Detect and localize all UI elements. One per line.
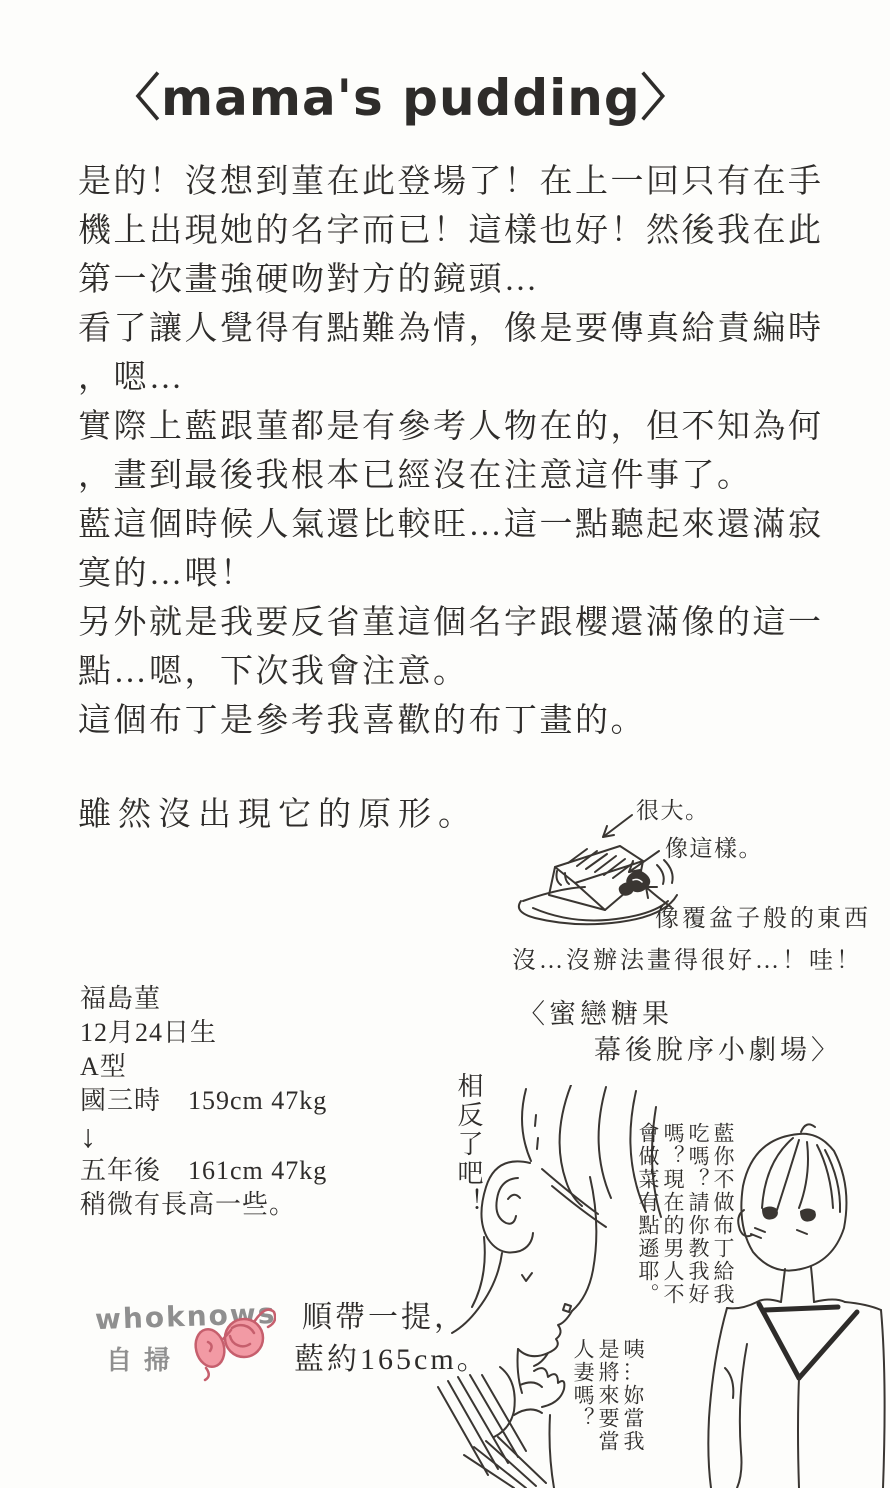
pudding-note-apology: 沒…沒辦法畫得很好…！哇！	[512, 940, 863, 975]
main-text-line: ，嗯…	[78, 354, 824, 403]
dialogue-column: 咦…妳當我	[620, 1338, 645, 1488]
profile-name: 福島菫	[80, 982, 327, 1016]
main-text-line: 機上出現她的名字而已！這樣也好！然後我在此	[78, 207, 824, 256]
eye	[800, 1209, 816, 1222]
character-profile: 福島菫 12月24日生 A型 國三時 159cm 47kg ↓ 五年後 161c…	[80, 982, 327, 1222]
aside-note-line1: 順帶一提，	[302, 1292, 467, 1336]
main-text-line: 點…嗯，下次我會注意。	[78, 648, 824, 697]
pudding-note-like-this: 像這樣。	[665, 830, 763, 863]
pudding-note-size: 很大。	[636, 792, 710, 825]
dialogue-column: 人妻嗎？	[570, 1338, 595, 1488]
page-title: 〈mama's pudding〉	[110, 58, 692, 130]
eye	[762, 1207, 778, 1220]
main-text-line: 寞的…喂！	[78, 550, 824, 599]
closing-line: 雖然沒出現它的原形。	[78, 788, 478, 835]
profile-note: 稍微有長高一些。	[80, 1188, 327, 1222]
dialogue-column: 會做菜有點遜耶。	[635, 1122, 660, 1327]
main-text-block: 是的！沒想到菫在此登場了！在上一回只有在手 機上出現她的名字而已！這樣也好！然後…	[78, 158, 824, 746]
theater-heading-line2: 幕後脫序小劇場〉	[594, 1028, 842, 1067]
main-text-line: 第一次畫強硬吻對方的鏡頭…	[78, 256, 824, 305]
down-arrow-icon: ↓	[80, 1118, 327, 1154]
main-text-line: 看了讓人覺得有點難為情，像是要傳真給責編時	[78, 305, 824, 354]
aside-note-line2: 藍約165cm。	[294, 1334, 490, 1378]
pudding-note-berry: 像覆盆子般的東西	[655, 898, 871, 933]
main-text-line: 另外就是我要反省菫這個名字跟櫻還滿像的這一	[78, 599, 824, 648]
main-text-line: 實際上藍跟菫都是有參考人物在的，但不知為何	[78, 403, 824, 452]
main-text-line: 是的！沒想到菫在此登場了！在上一回只有在手	[78, 158, 824, 207]
manga-notes-page: 〈mama's pudding〉 是的！沒想到菫在此登場了！在上一回只有在手 機…	[0, 0, 890, 1488]
main-text-line: 藍這個時候人氣還比較旺…這一點聽起來還滿寂	[78, 501, 824, 550]
sumire-character-sketch	[695, 1118, 890, 1488]
main-text-line: 這個布丁是參考我喜歡的布丁畫的。	[78, 697, 824, 746]
arrow-down-left-icon	[603, 815, 632, 837]
dialogue-column: 嗎？現在的男人不	[660, 1122, 685, 1327]
profile-birthday: 12月24日生	[80, 1016, 327, 1050]
profile-height-later: 五年後 161cm 47kg	[80, 1154, 327, 1188]
ai-dialogue: 咦…妳當我 是將來要當 人妻嗎？	[570, 1338, 645, 1488]
profile-height-then: 國三時 159cm 47kg	[80, 1084, 327, 1118]
watermark-text: 自掃	[106, 1340, 182, 1377]
headphones-icon	[186, 1300, 276, 1385]
dialogue-column: 是將來要當	[595, 1338, 620, 1488]
profile-blood-type: A型	[80, 1050, 327, 1084]
theater-heading-line1: 〈蜜戀糖果	[518, 992, 673, 1031]
main-text-line: ，畫到最後我根本已經沒在注意這件事了。	[78, 452, 824, 501]
